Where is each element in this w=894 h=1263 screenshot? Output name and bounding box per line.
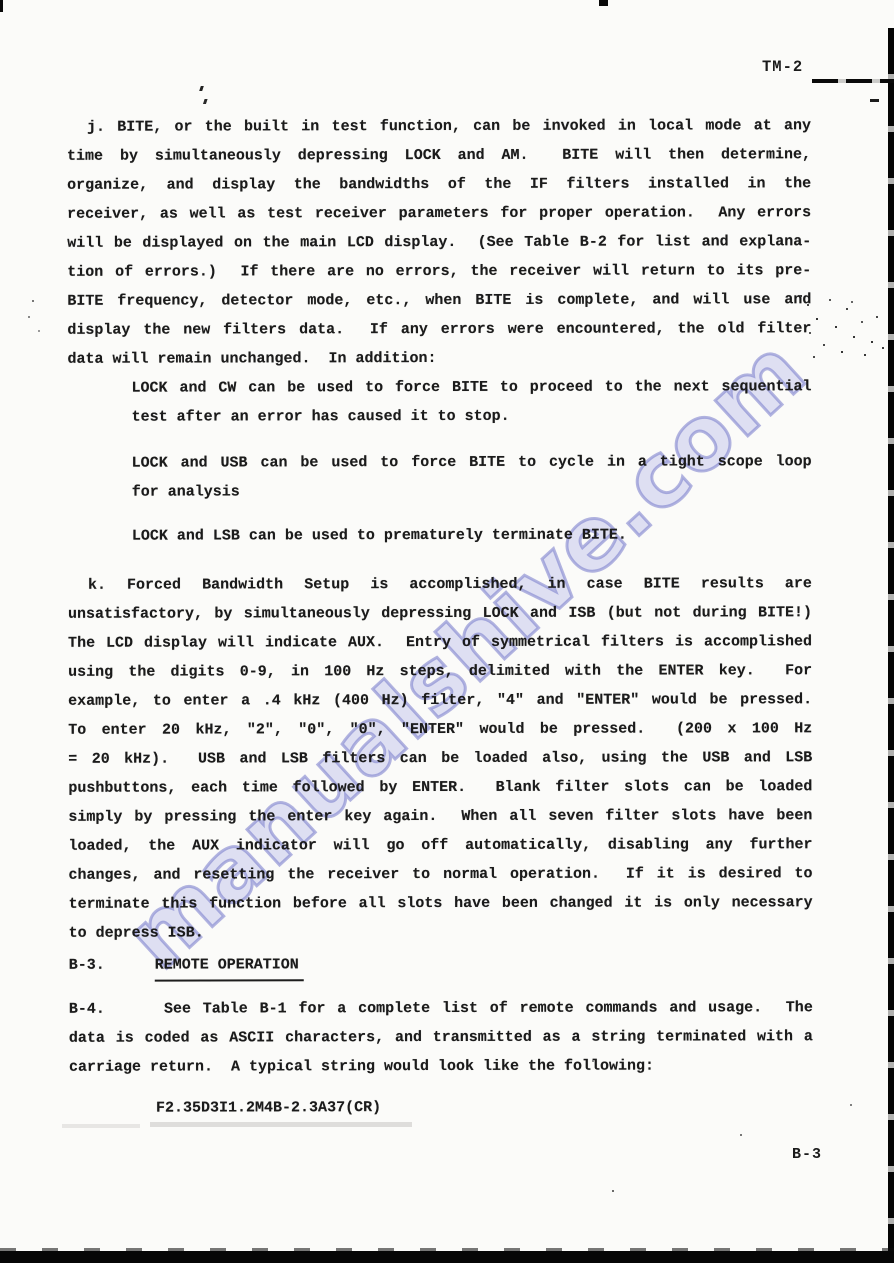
scan-artifact-mark (599, 0, 608, 6)
page-footer-number: B-3 (792, 1146, 822, 1163)
section-heading: B-3.REMOTE OPERATION (69, 949, 813, 982)
document-line: carriage return. A typical string would … (69, 1051, 813, 1082)
scan-artifact-mark (0, 0, 3, 12)
scan-speckle-marks (612, 1190, 614, 1192)
document-line: k. Forced Bandwidth Setup is accomplishe… (68, 569, 812, 600)
document-line: BITE frequency, detector mode, etc., whe… (67, 285, 811, 316)
document-line: data is coded as ASCII characters, and t… (69, 1022, 813, 1053)
document-line: j. BITE, or the built in test function, … (67, 111, 811, 142)
scanned-manual-page: TM-2 j. BITE, or the built in test funct… (0, 0, 894, 1263)
document-line: loaded, the AUX indicator will go off au… (68, 830, 812, 861)
document-line: example, to enter a .4 kHz (400 Hz) filt… (68, 685, 812, 716)
document-line: using the digits 0-9, in 100 Hz steps, d… (68, 656, 812, 687)
scan-smudge (150, 1122, 412, 1127)
document-line: terminate this function before all slots… (69, 888, 813, 919)
scan-artifact-dash (870, 99, 879, 102)
section-number: B-3. (69, 951, 105, 980)
document-line: to depress ISB. (69, 917, 813, 948)
document-line: unsatisfactory, by simultaneously depres… (68, 598, 812, 629)
document-line: receiver, as well as test receiver param… (67, 198, 811, 229)
document-line: organize, and display the bandwidths of … (67, 169, 811, 200)
document-line: F2.35D3I1.2M4B-2.3A37(CR) (156, 1092, 813, 1122)
document-line: To enter 20 kHz, "2", "0", "0", "ENTER" … (68, 714, 812, 745)
document-line: LOCK and USB can be used to force BITE t… (132, 447, 812, 477)
document-line: LOCK and LSB can be used to prematurely … (132, 520, 812, 550)
document-line: pushbuttons, each time followed by ENTER… (68, 772, 812, 803)
document-line: tion of errors.) If there are no errors,… (67, 256, 811, 287)
document-line: for analysis (132, 476, 812, 506)
scan-speckle-marks (199, 86, 204, 91)
document-line: display the new filters data. If any err… (67, 314, 811, 345)
document-line: test after an error has caused it to sto… (132, 401, 812, 431)
page-header-number: TM-2 (762, 58, 803, 76)
document-line: data will remain unchanged. In addition: (67, 343, 811, 374)
document-line: simply by pressing the enter key again. … (68, 801, 812, 832)
document-line: LOCK and CW can be used to force BITE to… (131, 372, 811, 402)
scan-smudge (62, 1124, 140, 1128)
scan-edge-bar-bottom (0, 1251, 894, 1263)
document-line: The LCD display will indicate AUX. Entry… (68, 627, 812, 658)
document-line: time by simultaneously depressing LOCK a… (67, 140, 811, 171)
scan-speckle-cluster (800, 295, 802, 297)
scan-artifact-line (812, 79, 894, 83)
document-line: changes, and resetting the receiver to n… (69, 859, 813, 890)
section-title: REMOTE OPERATION (155, 950, 304, 981)
scan-edge-bar-right (888, 28, 894, 1263)
scan-speckle-marks (32, 300, 34, 302)
document-line: will be displayed on the main LCD displa… (67, 227, 811, 258)
document-line: B-4. See Table B-1 for a complete list o… (69, 993, 813, 1024)
document-body: j. BITE, or the built in test function, … (67, 111, 813, 1123)
document-line: = 20 kHz). USB and LSB filters can be lo… (68, 743, 812, 774)
